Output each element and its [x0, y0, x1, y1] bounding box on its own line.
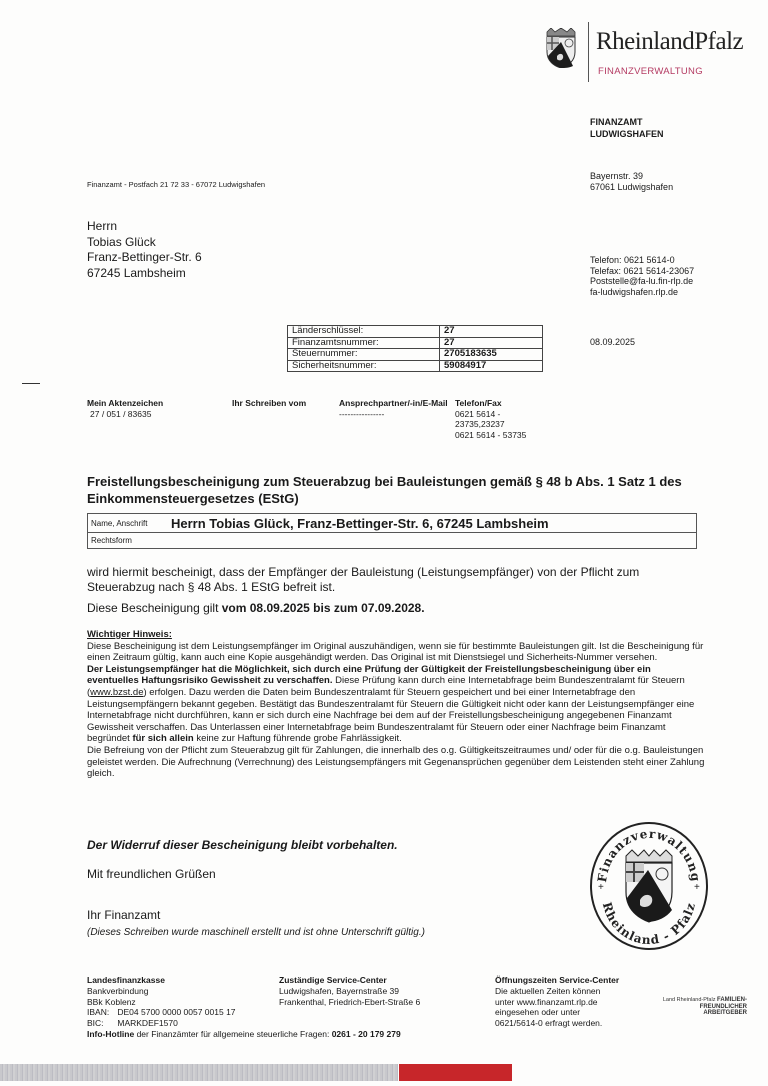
official-seal-icon: Finanzverwaltung Rheinland - Pfalz + + [588, 820, 710, 952]
office-name: FINANZAMT LUDWIGSHAFEN [590, 117, 664, 140]
recipient-address: Herrn Tobias Glück Franz-Bettinger-Str. … [87, 219, 202, 281]
footer-bar-grey [0, 1064, 398, 1081]
reference-contact: Ansprechpartner/-in/E-Mail -------------… [339, 398, 448, 419]
machine-generated-note: (Dieses Schreiben wurde maschinell erste… [87, 927, 425, 938]
iban-value: DE04 5700 0000 0057 0015 17 [117, 1007, 235, 1017]
sender-return-address: Finanzamt - Postfach 21 72 33 - 67072 Lu… [87, 180, 265, 189]
office-email[interactable]: Poststelle@fa-lu.fin-rlp.de [590, 276, 694, 287]
table-row: Finanzamtsnummer: 27 [288, 337, 543, 349]
hotline-number: 0261 - 20 179 279 [332, 1029, 401, 1039]
office-phone: Telefon: 0621 5614-0 [590, 255, 694, 266]
footer-service-center: Zuständige Service-Center Ludwigshafen, … [279, 975, 420, 1007]
coat-of-arms-icon [543, 28, 579, 68]
table-row: Länderschlüssel: 27 [288, 326, 543, 338]
reference-aktenzeichen: Mein Aktenzeichen 27 / 051 / 83635 [87, 398, 163, 419]
greeting: Mit freundlichen Grüßen [87, 867, 216, 881]
logo-divider [588, 22, 589, 82]
office-fax: Telefax: 0621 5614-23067 [590, 266, 694, 277]
tax-id-table: Länderschlüssel: 27 Finanzamtsnummer: 27… [287, 325, 543, 372]
important-notice: Wichtiger Hinweis: Diese Bescheinigung i… [87, 629, 705, 780]
svg-text:+: + [598, 882, 604, 893]
reference-your-letter: Ihr Schreiben vom [232, 398, 306, 409]
reference-phone: Telefon/Fax 0621 5614 - 23735,23237 0621… [455, 398, 526, 440]
table-row: Sicherheitsnummer: 59084917 [288, 360, 543, 372]
notice-heading: Wichtiger Hinweis: [87, 629, 705, 641]
rlp-logo: RheinlandPfalz FINANZVERWALTUNG [543, 22, 743, 82]
footer-bar-red [399, 1064, 512, 1081]
recipient-name: Tobias Glück [87, 235, 202, 251]
office-website[interactable]: fa-ludwigshafen.rlp.de [590, 287, 694, 298]
footer-bank: Landesfinanzkasse Bankverbindung BBk Kob… [87, 975, 236, 1029]
bzst-link[interactable]: www.bzst.de [90, 687, 143, 698]
validity-statement: Diese Bescheinigung gilt vom 08.09.2025 … [87, 601, 425, 615]
office-address: Bayernstr. 39 67061 Ludwigshafen [590, 171, 673, 192]
letter-date: 08.09.2025 [590, 337, 635, 347]
validity-range: vom 08.09.2025 bis zum 07.09.2028. [222, 601, 425, 615]
recipient-salutation: Herrn [87, 219, 202, 235]
recipient-street: Franz-Bettinger-Str. 6 [87, 250, 202, 266]
table-row: Steuernummer: 2705183635 [288, 349, 543, 361]
name-row: Name, Anschrift Herrn Tobias Glück, Fran… [88, 514, 696, 533]
brand-subtitle: FINANZVERWALTUNG [598, 66, 703, 77]
fold-mark [22, 383, 40, 384]
brand-name: RheinlandPfalz [596, 28, 743, 56]
svg-text:+: + [694, 882, 700, 893]
document-title: Freistellungsbescheinigung zum Steuerabz… [87, 473, 707, 507]
footer-hotline: Info-Hotline der Finanzämter für allgeme… [87, 1029, 401, 1040]
signature: Ihr Finanzamt [87, 908, 160, 922]
legal-form-row: Rechtsform [88, 533, 696, 548]
bic-value: MARKDEF1570 [117, 1018, 177, 1028]
exemption-statement: wird hiermit bescheinigt, dass der Empfä… [87, 565, 707, 595]
revocation-note: Der Widerruf dieser Bescheinigung bleibt… [87, 838, 398, 852]
family-employer-badge: Land Rheinland-Pfalz FAMILIEN- FREUNDLIC… [662, 997, 747, 1017]
name-box: Name, Anschrift Herrn Tobias Glück, Fran… [87, 513, 697, 549]
footer-opening-hours: Öffnungszeiten Service-Center Die aktuel… [495, 975, 619, 1029]
name-value: Herrn Tobias Glück, Franz-Bettinger-Str.… [171, 516, 549, 531]
office-contact: Telefon: 0621 5614-0 Telefax: 0621 5614-… [590, 255, 694, 297]
recipient-city: 67245 Lambsheim [87, 266, 202, 282]
